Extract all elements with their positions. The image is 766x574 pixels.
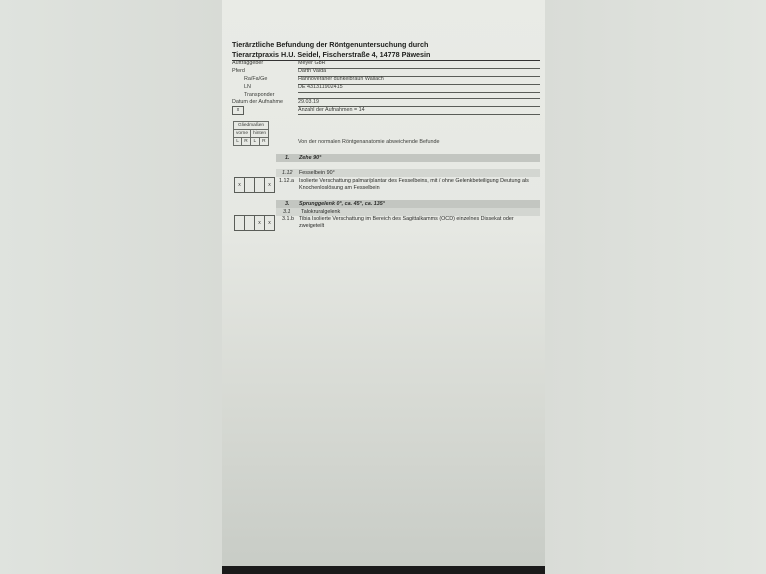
document-page: Tierärztliche Befundung der Röntgenunter… <box>222 0 545 568</box>
title-line-1: Tierärztliche Befundung der Röntgenunter… <box>232 40 430 50</box>
field-rule <box>298 92 540 93</box>
finding-text: Isolierte Verschattung palmar/plantar de… <box>299 178 539 192</box>
background-right <box>545 0 766 574</box>
bottom-edge <box>222 566 545 574</box>
subsection-title: Fesselbein 90° <box>299 170 335 176</box>
subsection-number: 3.1 <box>283 209 291 215</box>
document-title: Tierärztliche Befundung der Röntgenunter… <box>232 40 430 60</box>
limb-marks-grid: x x <box>235 215 275 231</box>
mark-cell[interactable]: x <box>264 177 275 193</box>
field-value-client: Meyer GbR <box>298 60 326 66</box>
field-label-date: Datum der Aufnahme <box>232 99 283 105</box>
image-count: Anzahl der Aufnahmen = 14 <box>298 107 365 113</box>
limb-side: R <box>259 138 269 146</box>
limb-table: Gliedmaßen vorne hinten L R L R <box>233 121 269 146</box>
limb-group-hind: hinten <box>251 130 269 138</box>
field-value-horse: Darth Vaida <box>298 68 326 74</box>
limb-side: L <box>251 138 260 146</box>
limb-marks-grid: x x <box>235 177 275 193</box>
finding-code: 1.12.a <box>279 178 294 184</box>
mark-cell[interactable]: x <box>264 215 275 231</box>
section-title: Zehe 90° <box>299 155 321 161</box>
finding-code: 3.1.b <box>282 216 294 222</box>
limb-side: L <box>234 138 242 146</box>
finding-text: Tibia Isolierte Verschattung im Bereich … <box>299 216 539 230</box>
title-line-2: Tierarztpraxis H.U. Seidel, Fischerstraß… <box>232 50 430 60</box>
section-number: 3. <box>285 201 290 207</box>
field-label-client: Auftraggeber <box>232 60 263 66</box>
field-value-date: 29.03.19 <box>298 99 319 105</box>
field-rule <box>298 98 540 99</box>
limb-group-front: vorne <box>234 130 251 138</box>
limb-side: R <box>242 138 251 146</box>
deviation-note: Von der normalen Röntgenanatomie abweich… <box>298 139 439 145</box>
section-title: Sprunggelenk 0°, ca. 45°, ca. 135° <box>299 201 385 207</box>
title-divider <box>232 60 540 61</box>
subsection-number: 1.12 <box>282 170 293 176</box>
field-label-transponder: Transponder <box>244 92 274 98</box>
limb-table-header: Gliedmaßen <box>234 122 269 130</box>
section-number: 1. <box>285 155 290 161</box>
background-left <box>0 0 222 574</box>
field-label-horse: Pferd <box>232 68 245 74</box>
field-value-breed: Hannoveraner dunkelbraun Wallach <box>298 76 384 82</box>
field-label-breed: Ra/Fa/Ge <box>244 76 267 82</box>
checkbox[interactable]: x <box>232 106 244 115</box>
subsection-title: Talokruralgelenk <box>301 209 340 215</box>
field-rule <box>298 68 540 69</box>
field-value-ln: DE 431311902415 <box>298 84 343 90</box>
field-rule <box>298 114 540 115</box>
field-label-ln: LN <box>244 84 251 90</box>
